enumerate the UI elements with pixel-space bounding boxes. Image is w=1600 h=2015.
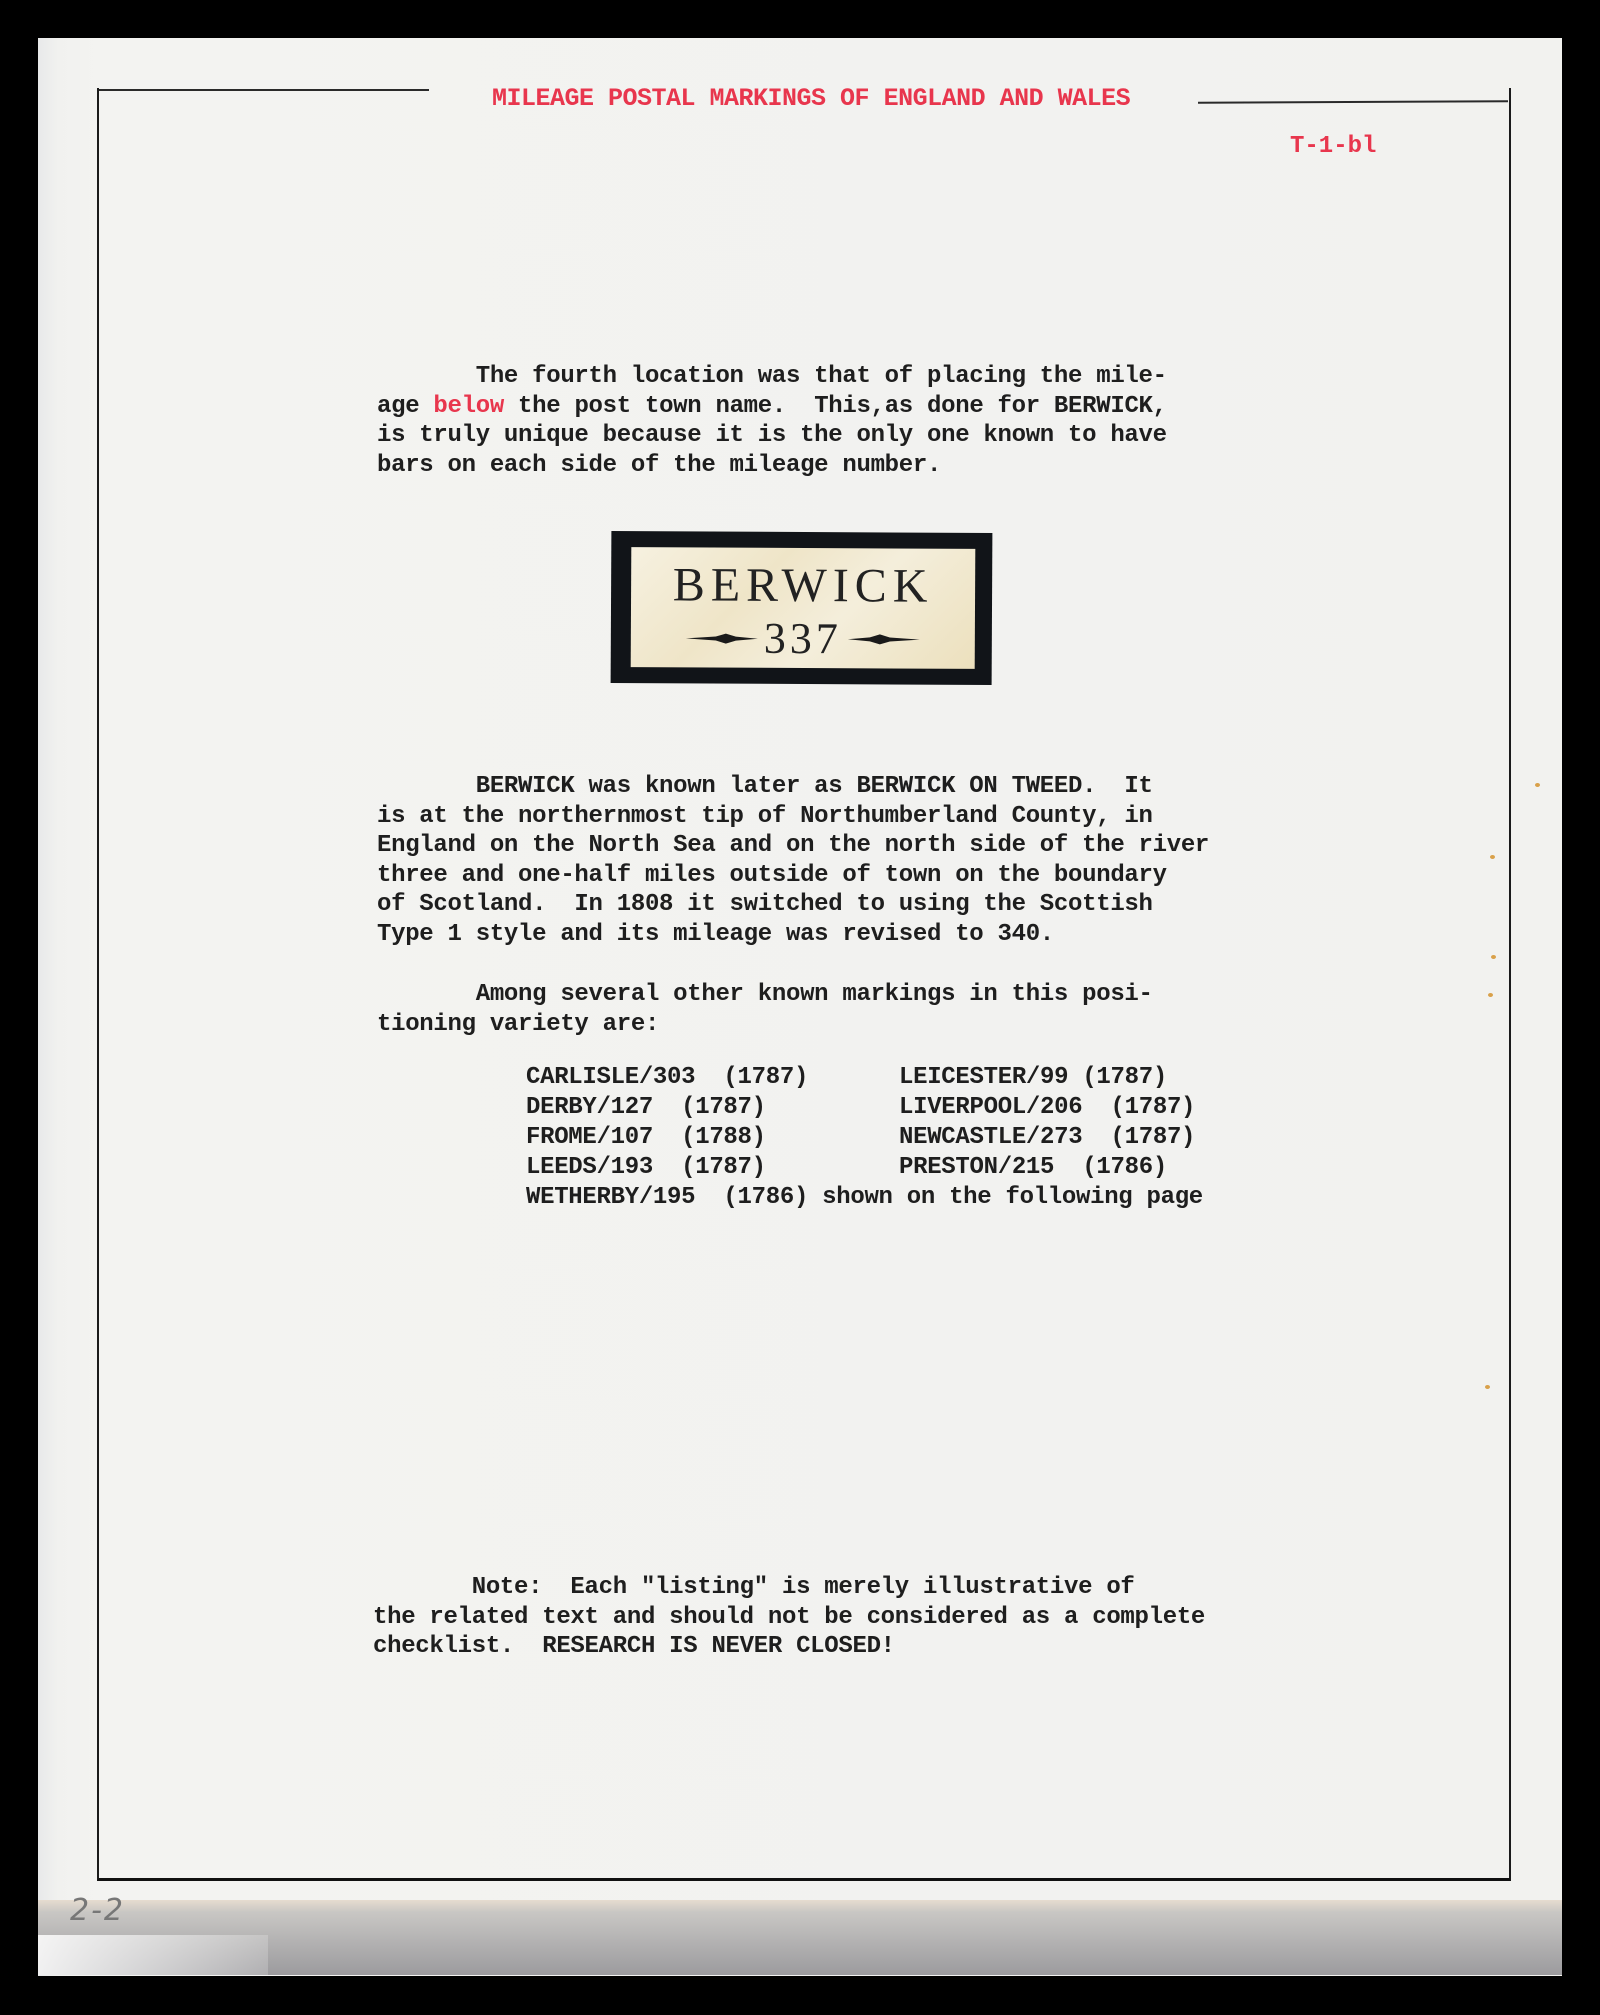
intro-highlight-below: below [433, 393, 504, 420]
history-line: Type 1 style and its mileage was revised… [377, 921, 1054, 948]
postmark-mileage: 337 [764, 617, 842, 661]
foxing-spot [1485, 1385, 1490, 1389]
among-line: tioning variety are: [377, 1011, 659, 1038]
listing-entry-wetherby: WETHERBY/195 (1786) shown on the followi… [526, 1183, 1203, 1213]
bar-diamond-icon [848, 633, 920, 645]
listing-row: DERBY/127 (1787) LIVERPOOL/206 (1787) [526, 1093, 1203, 1123]
postmark-mileage-row: 337 [631, 615, 975, 663]
history-line: England on the North Sea and on the nort… [377, 832, 1209, 859]
history-paragraph: BERWICK was known later as BERWICK ON TW… [377, 772, 1209, 949]
page-code: T-1-bl [1290, 133, 1376, 160]
intro-line-4: bars on each side of the mileage number. [377, 452, 941, 479]
foxing-spot [1535, 783, 1540, 787]
listing-row: CARLISLE/303 (1787) LEICESTER/99 (1787) [526, 1063, 1203, 1093]
listing-entry: CARLISLE/303 (1787) [526, 1063, 899, 1093]
bar-diamond-icon [686, 632, 758, 644]
listing-entry: LEICESTER/99 (1787) [899, 1063, 1167, 1093]
listing-entry: FROME/107 (1788) [526, 1123, 899, 1153]
listing-entry: PRESTON/215 (1786) [899, 1153, 1167, 1183]
history-line: BERWICK was known later as BERWICK ON TW… [377, 773, 1153, 800]
intro-line-2-end: the post town name. This,as done for BER… [504, 393, 1167, 420]
note-line: Note: Each "listing" is merely illustrat… [373, 1574, 1135, 1601]
note-line: checklist. RESEARCH IS NEVER CLOSED! [373, 1633, 895, 1660]
listing-entry: LIVERPOOL/206 (1787) [899, 1093, 1195, 1123]
sleeve-glare [38, 1935, 268, 1975]
history-line: is at the northernmost tip of Northumber… [377, 803, 1153, 830]
note-line: the related text and should not be consi… [373, 1604, 1205, 1631]
handwritten-page-number: 2-2 [70, 1893, 125, 1928]
note-paragraph: Note: Each "listing" is merely illustrat… [373, 1573, 1205, 1662]
foxing-spot [1488, 993, 1493, 997]
history-line: of Scotland. In 1808 it switched to usin… [377, 891, 1153, 918]
listing-entry: NEWCASTLE/273 (1787) [899, 1123, 1195, 1153]
listing-entry: DERBY/127 (1787) [526, 1093, 899, 1123]
listing-row-final: WETHERBY/195 (1786) shown on the followi… [526, 1183, 1203, 1213]
listing-entry: LEEDS/193 (1787) [526, 1153, 899, 1183]
postmark-town: BERWICK [631, 561, 975, 611]
among-line: Among several other known markings in th… [377, 981, 1153, 1008]
among-paragraph: Among several other known markings in th… [377, 980, 1153, 1039]
history-line: three and one-half miles outside of town… [377, 862, 1167, 889]
listing-row: LEEDS/193 (1787) PRESTON/215 (1786) [526, 1153, 1203, 1183]
intro-line-3: is truly unique because it is the only o… [377, 422, 1167, 449]
intro-line-2-start: age [377, 393, 433, 420]
page-title: MILEAGE POSTAL MARKINGS OF ENGLAND AND W… [492, 84, 1130, 113]
berwick-postmark: BERWICK 337 [631, 547, 976, 669]
listing-row: FROME/107 (1788) NEWCASTLE/273 (1787) [526, 1123, 1203, 1153]
intro-paragraph: The fourth location was that of placing … [377, 362, 1167, 480]
markings-listing: CARLISLE/303 (1787) LEICESTER/99 (1787) … [526, 1063, 1203, 1213]
foxing-spot [1491, 955, 1496, 959]
intro-line-1: The fourth location was that of placing … [377, 363, 1167, 390]
foxing-spot [1490, 855, 1495, 859]
stamp-mount: BERWICK 337 [611, 531, 993, 685]
